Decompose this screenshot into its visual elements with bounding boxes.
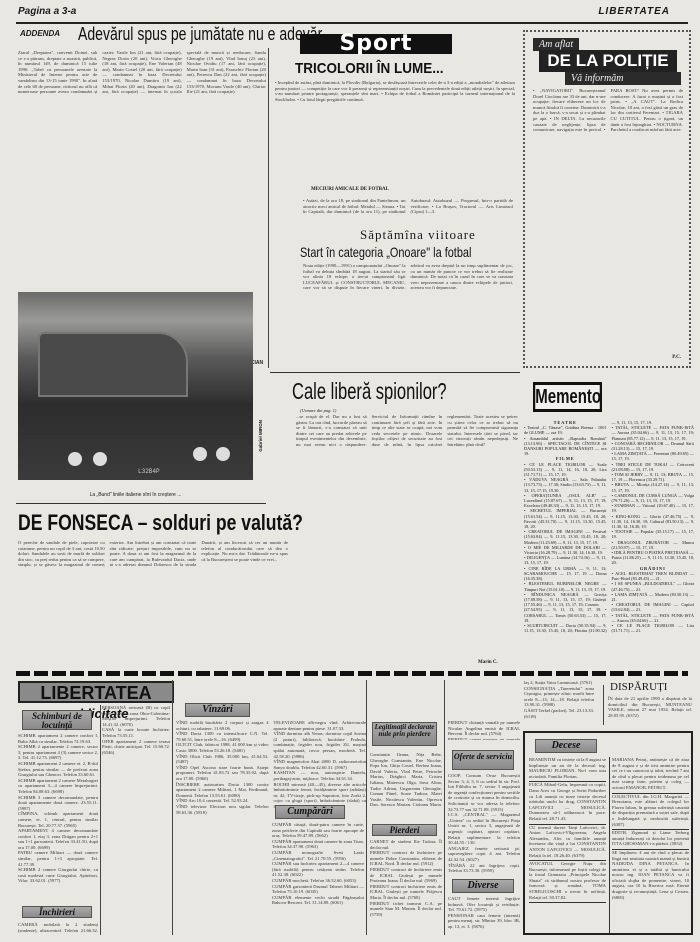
friendly-matches-text: • Astăzi, de la ora 18, pe stadionul din… [303, 198, 513, 214]
spies-continuation: (Urmare din pag. 1) [300, 408, 336, 413]
film-item: • CONOARĂ BECHINILOR — Drumul Sării (31.… [612, 441, 695, 451]
start-category-text: Noua ediție (1990—1991) a campionatului … [303, 263, 513, 290]
newspaper-name: LIBERTATEA [598, 6, 670, 17]
film-item: • OPERAȚIUNEA „OSUL ALB" — Luceafărul (1… [524, 493, 607, 509]
ad-item: SCHIMB apartament 2 camere confort I, Ba… [18, 733, 98, 744]
ad-item: I.C.S. „CENTRAL" — Magazinul „Unirea" cu… [448, 812, 520, 846]
column-divider [100, 705, 101, 935]
ad-item: PIERDUT contract de închiriere emis de I… [370, 867, 442, 884]
obituary-item: SE împlinesc 4 ani de cînd a plecat de l… [612, 850, 689, 900]
photo-caption: La „Bund" liniile italiene sînt în creșt… [18, 492, 253, 498]
ad-item: VÎND Dacia 1300 cu intensificare C.N. Te… [176, 731, 269, 742]
ad-item: VÎND magnetofon Akai 4000 D, radiocaseto… [274, 759, 367, 770]
film-item: • BLESTEMUL RUBINELOR NEGRE — Timpuri No… [524, 581, 607, 591]
ad-item: COOP. Consum Ovaz Bucureștii Sector 3, 4… [448, 773, 520, 812]
ad-item: ANGAJEZ femeie serioasă pt. supraveghere… [448, 846, 520, 863]
ad-section-sales: Vînzări [185, 703, 250, 717]
ad-item: CUMPĂR monografie Sveti Lazăr „Cinematog… [272, 850, 364, 861]
spies-body-text: ...se ocupă de el. Dar nu a fost să găsi… [296, 414, 518, 447]
ad-item: PERSOANĂ serioasă (B) cu copil doresc ca… [102, 705, 170, 727]
ad-item: Constantin Ileana, Nița Bebe, Gheorghe C… [370, 752, 442, 806]
ads-dashed-rule [16, 671, 688, 676]
missing-text: ÎN data de 21 aprilie 1990 a dispărut de… [608, 696, 692, 718]
film-item: • DILIGENȚA — Lumina (14.74.16) — 9, 11,… [524, 555, 607, 565]
film-item: • TREI STICLE DE TOKAJ — Cotroceni (21.0… [612, 462, 695, 472]
garden-item: • CREATORUL DE IMAGINI — Capitol (15.62.… [612, 602, 695, 612]
ad-section-obituaries: Decese [535, 739, 597, 753]
ad-section-purchases: Cumpărări [275, 805, 345, 819]
obituary-item: COLECTIVUL din I.G.H. Margarită — Brezoi… [612, 794, 689, 831]
sport-headline: TRICOLORII ÎN LUME... [295, 60, 444, 77]
ad-item: SCHIMB 3 camere decomandate, pentru două… [18, 795, 98, 812]
next-week-heading: Săptămîna viitoare [360, 227, 476, 243]
spies-headline: Cale liberă spionilor? [292, 378, 447, 405]
ad-item: TÎNĂRĂ 22 ani îngrijesc copii. Telefon 3… [448, 863, 520, 874]
ad-section-losses: Pierderi [372, 824, 437, 836]
ad-item: GĂSIT Terkel (pachet). Tel. 23.13.33. (6… [524, 708, 594, 719]
ad-item: APARTAMENT 4 camere decomandate confort … [18, 828, 98, 850]
memento-title: Memento [533, 382, 602, 412]
rentals-continued: PERSOANĂ serioasă (B) cu copil doresc ca… [102, 705, 170, 925]
sport-body-text: • Incepînd de astăzi, pînă duminică, la … [275, 80, 515, 102]
police-news-box: Am aflat DE LA POLIȚIE Vă informăm • „NA… [523, 30, 691, 368]
film-item: • STARMAN — Viitorul (10.67.40) — 15, 17… [612, 503, 695, 513]
ads-banner-main: LIBERTATEA [40, 683, 151, 703]
film-item: (27.54.95) — 9, 11, 13, 15, 17, 19. • CO… [524, 607, 607, 623]
car-headlight [93, 452, 107, 466]
sport-section-banner: Sport [300, 34, 452, 54]
memento-listings: TEATRE • Teatrul „C. Tănase", Grădina Bo… [524, 420, 694, 670]
film-item: • LAMA ZIMȚATĂ — Ferentari (80.49.85) — … [612, 451, 695, 461]
addenda-kicker: ADDENDA [20, 29, 60, 38]
ad-item: VÎND Oltcit Club 1986, 35.000 km, 41.64.… [176, 754, 269, 765]
column-divider [268, 48, 269, 368]
divider [16, 503, 266, 504]
ad-item: PENSIONAR caut femeie (internă) pentru m… [448, 913, 520, 930]
ad-section-misc: Diverse [452, 879, 514, 893]
ad-item: PIERDUT tichet tramvai C.A. pe numele St… [370, 901, 442, 918]
garden-item: • I SE SPUNEA „BULDOZERUL" — Gloria (47.… [612, 581, 695, 591]
film-item: • DRAGONUL ZBURĂTOR — Munca (21.50.97) —… [612, 540, 695, 550]
obituary-item: MARIANA Petruț, amintește că de ziua de … [612, 757, 689, 794]
obituary-item: FUICĂ Mihail-Gelu, împreună cu copiii, D… [529, 782, 606, 824]
ad-item: OLTCIT Club, fabricat 1988, 41.000 km și… [176, 742, 269, 753]
ad-item: CUMPĂR căsuță, două-patru camere în curt… [272, 822, 364, 839]
start-category-body: Noua ediție (1990—1991) a campionatului … [303, 263, 513, 363]
ad-item: SCHIMB apartament 2 camere et. 2, B-dul … [18, 761, 98, 778]
ad-item: SCHIMB 2 camere Giurgiului chirie, cu ca… [18, 867, 98, 884]
film-item: • CINE RÎDE LA URMĂ — 9, 11, 13; SCARAMO… [524, 566, 607, 582]
obituary-item: CU imensă durere Tanți Lafcovici, dr. An… [529, 825, 606, 862]
fonseca-body-text: O pereche de sandale de piele, capoteize… [18, 540, 288, 567]
fonseca-body: O pereche de sandale de piele, capoteize… [18, 540, 288, 665]
film-item: • TATĂL, STICLETE — FATA PUNK-ISTĂ — Aur… [612, 425, 695, 441]
theatre-item: • Ansamblul artistic „Rapsodia Română" (… [524, 436, 607, 457]
spies-body: ...se ocupă de el. Dar nu a fost să găsi… [296, 414, 518, 658]
purchases-list: CUMPĂR căsuță, două-patru camere în curt… [272, 822, 364, 934]
ads-banner: LIBERTATEA publicitate [18, 681, 174, 703]
film-item: • BRUTA — Miorița (14.27.14) — 9, 11, 13… [612, 482, 695, 492]
garden-item: • LAMA ZIMȚATĂ — Modern (83.50.13) — 21. [612, 592, 695, 602]
garden-item: • ACEL BLESTEMAT TREN BLINDAT — Parc-Hot… [612, 571, 695, 581]
sport-body: • Incepînd de astăzi, pînă duminică, la … [275, 80, 515, 172]
ad-item: VÎND Opel Ascona stare foarte bună. Aște… [176, 765, 269, 782]
obituaries-box: Decese REAMINTIM cu tristețe că la 8 aug… [523, 731, 693, 935]
ad-item: TELEVIZOARE alb-negru vînd. Arhitectural… [274, 720, 367, 731]
license-plate: L32B4P [138, 468, 160, 475]
losses-continued: PIERDUT chitanță vamală pe numele Nicula… [448, 720, 520, 740]
ad-item: CAMERĂ mobilată la 2 studenți (studente)… [18, 922, 98, 934]
ad-item: OFER apartament 2 camere terasa Pieții, … [102, 739, 170, 756]
police-signature: P.C. [672, 355, 681, 360]
film-item: • VĂDUVA NEAGRĂ — Sala Palatului (13.73.… [524, 477, 607, 493]
car-headlight [216, 447, 230, 461]
police-bottom-label: Vă informăm [565, 72, 681, 85]
film-item: • TOOTSIE — Popular (35.15.17) — 15, 17,… [612, 529, 695, 539]
car-windshield [38, 332, 188, 397]
film-item: • TOM ȘI JERRY — 9, 11, 13; BRUTA — 15, … [612, 472, 695, 482]
column-divider [444, 680, 445, 935]
ad-item: SCHIMB 2 apartamente 2 camere, sector 3,… [18, 744, 98, 761]
garden-item: • CE LE PLACE TIGRILOR — Lira (31.71.71)… [612, 623, 695, 633]
ad-section-exchanges: Schimburi de locuință [22, 710, 92, 730]
car-headlight [193, 447, 207, 461]
film-item: • CE LE PLACE TIGRILOR — Scala (50.53.13… [524, 462, 607, 478]
column-divider [172, 680, 173, 935]
fonseca-headline: DE FONSECA – solduri pe valută? [18, 510, 303, 536]
divider [270, 372, 520, 373]
exchanges-list: SCHIMB apartament 2 camere confort I, Ba… [18, 733, 98, 905]
car-headlight [68, 452, 82, 466]
ad-item: PIERDUT carnet marinar pe numele Bogdan … [448, 737, 520, 740]
ad-item: VÎND mobilă bucătărie 2 corpuri și araga… [176, 720, 269, 731]
police-body-text: • „NAVIGATORII". Bucureșteanul Dorel Cio… [533, 88, 683, 132]
garden-item: • TATĂL, STICLETE — FATA PUNK-ISTĂ — Aur… [612, 613, 695, 623]
ad-item: ÎNSCRIERE autoturism Dacia 1300 contra a… [176, 782, 269, 799]
film-item: • RÎNDUNICA NEAGRĂ — Grivița (17.08.58) … [524, 592, 607, 608]
ad-item: CARNET de student Ilie Tudora. Îl declar… [370, 839, 442, 850]
ad-item: CUMPĂR apartament două camere în zona Ti… [272, 839, 364, 850]
addenda-body-text: Ziarul „Dreptatea", convenit Doinei, sub… [18, 50, 266, 94]
film-item: • KING-KONG — Gloria (47.46.75) — 9, 11.… [612, 514, 695, 530]
theatre-item: • Teatrul „C. Tănase", Grădina Boema : 1… [524, 425, 607, 435]
ad-item: CASĂ la curte boxate închiriez. Telefon … [102, 727, 170, 738]
ad-item: CONSIGNAȚIA „Tineretului" zona Cișmigiu,… [524, 686, 594, 708]
ad-item: PIERDUT chitanță vamală pe numele Nicula… [448, 720, 520, 737]
photo-credit: Gabriel MIRON [258, 420, 263, 452]
friendly-matches-heading: MECIURI AMICALE DE FOTBAL [305, 187, 395, 192]
obituary-item: EDITH, Zigmund și Liane Terberg anunță î… [612, 830, 689, 850]
film-item: • CAMIONUL DE CURSĂ LUNGĂ — Volga (79.71… [612, 493, 695, 503]
ad-section-rentals: Închirieri [22, 906, 92, 918]
ad-item: SCHIMB apartament 2 camere Metalurgiei c… [18, 778, 98, 795]
ad-section-jobs: Oferte de serviciu [452, 750, 514, 770]
column-divider [603, 685, 604, 725]
ad-section-void-ids: Legitimații declarate nule prin pierdere [372, 722, 437, 746]
film-item: • SECRETUL IMPERIAL — București (15.61.5… [524, 508, 607, 529]
film-item: • O MIE DE MILIARDE DE DOLARI — Victoria… [524, 545, 607, 555]
addenda-body: Ziarul „Dreptatea", convenit Doinei, sub… [18, 50, 266, 272]
ad-item: laș 2, Stația Vatra Luminoasă. (5761) [524, 680, 594, 686]
rentals-list: CAMERĂ mobilată la 2 studenți (studente)… [18, 922, 98, 934]
film-item: • IDILĂ PENTRU O PIATRĂ PREȚIOASĂ — Patr… [612, 550, 695, 566]
ad-item: CUMPĂR sau închiriez apartament 2—4 came… [272, 861, 364, 878]
film-item: • CREATORUL DE IMAGINI — Festival (15.63… [524, 529, 607, 545]
car-photo: L32B4P [18, 292, 253, 480]
police-body: • „NAVIGATORII". Bucureșteanul Dorel Cio… [533, 88, 683, 358]
ad-item: CÎMPINA, schimb apartament două camere, … [18, 811, 98, 828]
memento-spacer [523, 372, 693, 373]
ad-item: PIERDUT contract de închiriere pe numele… [370, 850, 442, 867]
ad-item: CUMPĂR elemente vechi stradă Făgărașului… [272, 895, 364, 906]
ad-item: VÎND televizor Electron nou sigilat. Tel… [176, 804, 269, 815]
ad-item: CUMPĂR mochetă. Telefon 36.52.60. (6053) [272, 878, 364, 884]
police-title: DE LA POLIȚIE [539, 50, 677, 72]
jobs-list: COOP. Consum Ovaz Bucureștii Sector 3, 4… [448, 773, 520, 873]
ad-item: PIERDUT contract închiriere emis de ICRA… [370, 884, 442, 901]
obituary-item: AVOCATUL Georgie Nuțu din București, inf… [529, 861, 606, 903]
ad-item: CUMPĂR garsonieră Drumul Taberei Militar… [272, 884, 364, 895]
obituary-item: REAMINTIM cu tristețe că la 8 august se … [529, 757, 606, 782]
ad-item: CAUT femeie internă îngrijire bolnavă. O… [448, 896, 520, 913]
missing-heading: DISPĂRUȚI [610, 681, 667, 693]
missing-body: ÎN data de 21 aprilie 1990 a dispărut de… [608, 696, 692, 728]
misc-continued: laș 2, Stația Vatra Luminoasă. (5761) CO… [524, 680, 594, 730]
ad-item: PATRU camere Militari — două camere simi… [18, 850, 98, 867]
ad-item: KASHTAN — nou, autoaspirie Daniela, port… [274, 770, 367, 781]
page-number: Pagina a 3-a [18, 6, 76, 17]
losses-list: CARNET de student Ilie Tudora. Îl declar… [370, 839, 442, 934]
void-ids-list: Constantin Ileana, Nița Bebe, Gheorghe C… [370, 752, 442, 806]
addenda-headline: Adevărul spus pe jumătate nu e adevăr [78, 24, 322, 45]
misc-list: CAUT femeie internă îngrijire bolnavă. O… [448, 896, 520, 934]
ad-item: VÎND dormitor alb Venus, dormitor copil … [274, 731, 367, 759]
column-divider [366, 680, 367, 935]
obituaries-list: REAMINTIM cu tristețe că la 8 august se … [529, 757, 689, 933]
start-category-headline: Start în categoria „Onoare" la fotbal [300, 244, 471, 260]
spies-signature: Marin C. [478, 660, 498, 665]
